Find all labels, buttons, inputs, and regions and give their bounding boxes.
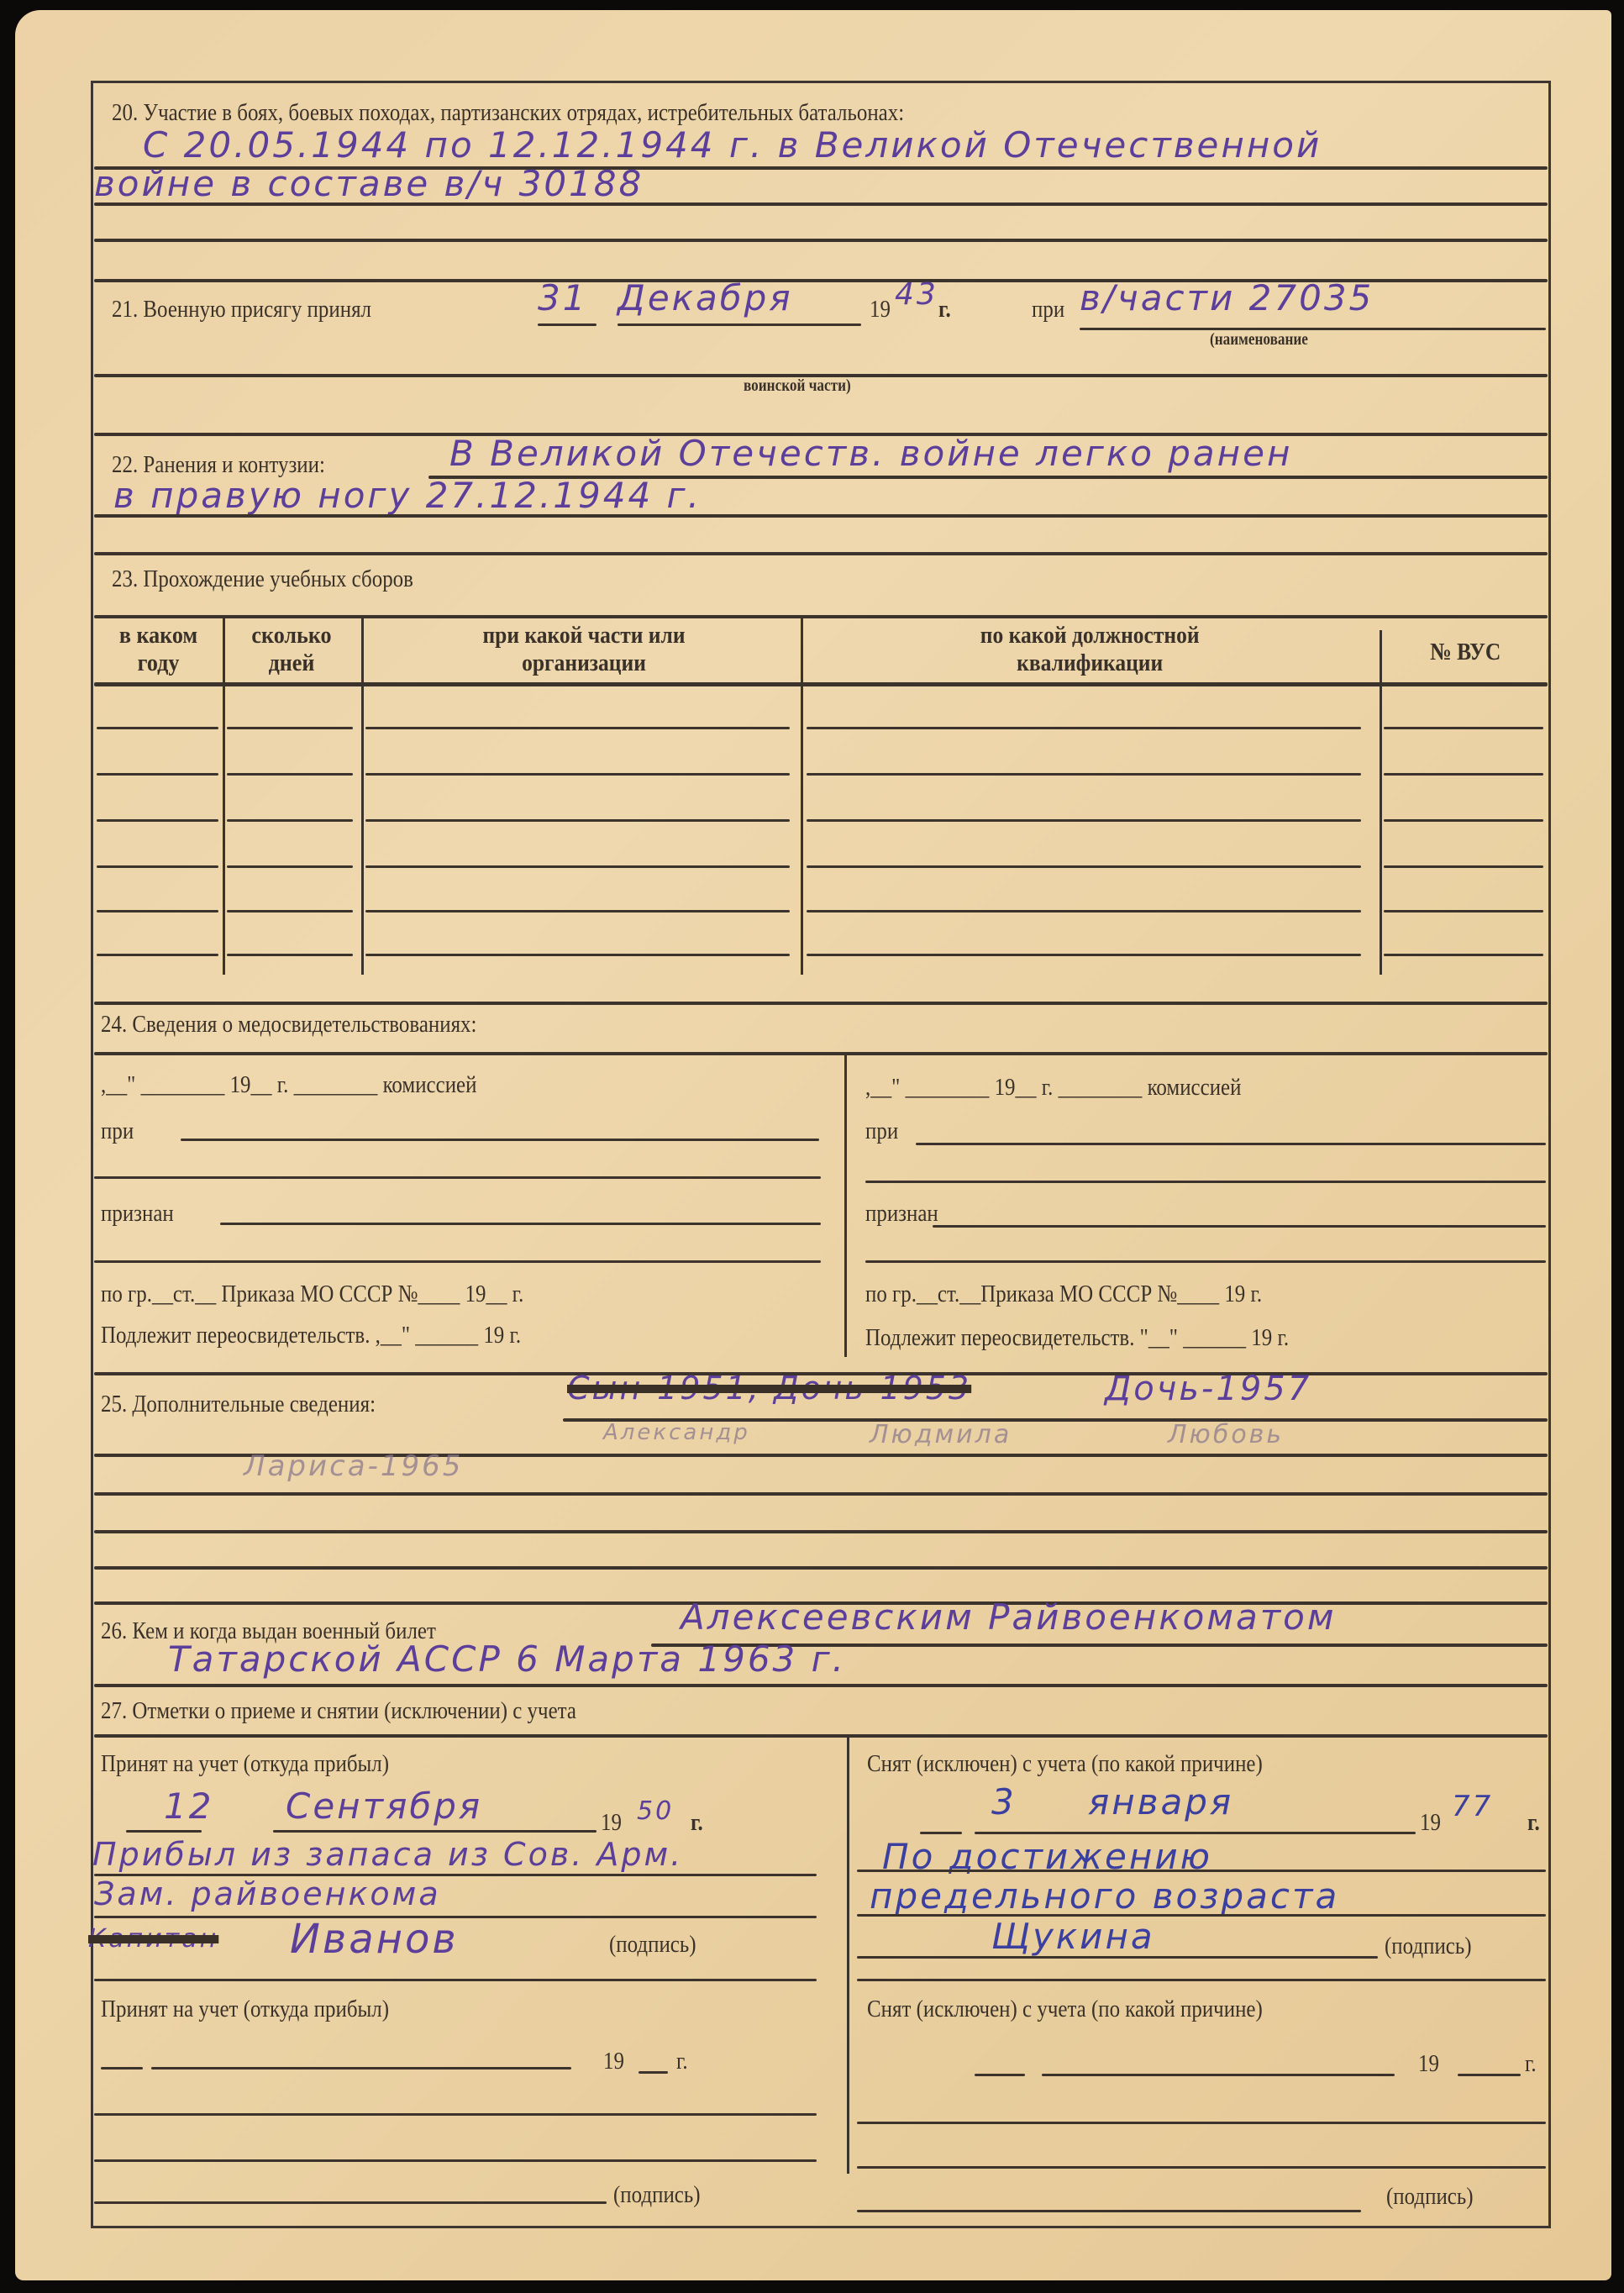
accepted-1-g: г. bbox=[691, 1809, 703, 1837]
section-25-name-3: Любовь bbox=[1168, 1420, 1284, 1449]
accepted-1-month: Сентября bbox=[286, 1785, 482, 1827]
rule bbox=[94, 1176, 821, 1179]
accepted-1-day: 12 bbox=[164, 1785, 213, 1827]
rule bbox=[94, 1979, 817, 1981]
rule bbox=[639, 2071, 668, 2074]
rule bbox=[975, 1832, 1416, 1834]
col-header-unit: при какой части или организации bbox=[362, 622, 806, 677]
col-header-year: в каком году bbox=[94, 622, 223, 677]
rule bbox=[857, 1956, 1378, 1959]
accepted-2-signature-label: (подпись) bbox=[613, 2181, 701, 2209]
rule bbox=[181, 1139, 819, 1141]
rule bbox=[1080, 328, 1546, 330]
oath-day: 31 bbox=[538, 277, 587, 318]
med-right-pri: при bbox=[865, 1118, 898, 1145]
section-20-label: 20. Участие в боях, боевых походах, парт… bbox=[112, 99, 904, 127]
rule bbox=[857, 1870, 1546, 1872]
rule bbox=[916, 1143, 1546, 1145]
rule bbox=[273, 1830, 597, 1833]
section-23-label: 23. Прохождение учебных сборов bbox=[112, 565, 413, 593]
rule bbox=[857, 2166, 1546, 2169]
removed-label-1: Снят (исключен) с учета (по какой причин… bbox=[867, 1750, 1263, 1778]
table-header-rule bbox=[94, 682, 1548, 686]
rule bbox=[920, 1832, 962, 1834]
table-top-rule bbox=[94, 615, 1548, 618]
section-25-label: 25. Дополнительные сведения: bbox=[101, 1391, 376, 1418]
rule bbox=[151, 2067, 571, 2069]
col-header-qualification: по какой должностной квалификации bbox=[801, 622, 1378, 677]
med-left-order: по гр.__ст.__ Приказа МО СССР №____ 19__… bbox=[101, 1281, 523, 1308]
accepted-label-1: Принят на учет (откуда прибыл) bbox=[101, 1750, 389, 1778]
rule bbox=[94, 202, 1548, 206]
removed-1-month: января bbox=[1088, 1781, 1233, 1822]
rule bbox=[1042, 2074, 1395, 2076]
removed-1-day: 3 bbox=[991, 1781, 1017, 1822]
rule bbox=[538, 323, 597, 326]
caption-military-unit: воинской части) bbox=[744, 376, 851, 396]
med-left-date: ,__" ________ 19__ г. ________ комиссией bbox=[101, 1071, 476, 1099]
rule bbox=[857, 1979, 1546, 1981]
accepted-1-signature: Иванов bbox=[290, 1916, 459, 1963]
rule bbox=[94, 514, 1548, 518]
removed-2-g: г. bbox=[1525, 2050, 1537, 2078]
med-right-recheck: Подлежит переосвидетельств. "__" ______ … bbox=[865, 1324, 1289, 1352]
oath-at-label: при bbox=[1032, 296, 1064, 323]
rule bbox=[94, 2113, 817, 2116]
oath-unit: в/части 27035 bbox=[1080, 277, 1374, 318]
rule bbox=[857, 2122, 1546, 2124]
rule bbox=[94, 1684, 1548, 1687]
section-25-entry-line1: Дочь-1957 bbox=[1105, 1370, 1311, 1408]
caption-unit-name: (наименование bbox=[1210, 330, 1308, 350]
removed-label-2: Снят (исключен) с учета (по какой причин… bbox=[867, 1996, 1263, 2023]
col-divider bbox=[847, 1737, 849, 2174]
removed-2-year-prefix: 19 bbox=[1418, 2050, 1439, 2078]
accepted-2-g: г. bbox=[676, 2048, 688, 2075]
rule bbox=[94, 2201, 607, 2204]
accepted-1-line2: Зам. райвоенкома bbox=[94, 1875, 441, 1912]
col-header-vus: № ВУС bbox=[1380, 639, 1550, 666]
section-25-name-2: Людмила bbox=[870, 1420, 1012, 1449]
rule bbox=[618, 323, 861, 326]
rule bbox=[94, 239, 1548, 242]
col-header-days: сколько дней bbox=[223, 622, 360, 677]
rule bbox=[975, 2074, 1025, 2076]
rule bbox=[933, 1225, 1546, 1228]
section-26-entry-line2: Татарской АССР 6 Марта 1963 г. bbox=[168, 1638, 846, 1680]
section-22-entry-line1: В Великой Отечеств. войне легко ранен bbox=[449, 433, 1292, 474]
removed-1-signature-label: (подпись) bbox=[1385, 1933, 1472, 1960]
med-right-priznan: признан bbox=[865, 1200, 938, 1228]
rule bbox=[94, 2159, 817, 2162]
rule bbox=[94, 1566, 1548, 1570]
accepted-1-year-suffix: 50 bbox=[637, 1796, 674, 1826]
accepted-label-2: Принят на учет (откуда прибыл) bbox=[101, 1996, 389, 2023]
section-20-entry-line1: С 20.05.1944 по 12.12.1944 г. в Великой … bbox=[143, 124, 1322, 166]
section-26-entry-line1: Алексеевским Райвоенкоматом bbox=[681, 1596, 1337, 1638]
section-25-struck-entry: Сын-1951, Дочь-1953 bbox=[567, 1370, 971, 1407]
removed-2-signature-label: (подпись) bbox=[1386, 2183, 1474, 2211]
removed-1-g: г. bbox=[1527, 1809, 1540, 1837]
med-left-recheck: Подлежит переосвидетельств. ,__" ______ … bbox=[101, 1322, 521, 1349]
section-25-name-1: Александр bbox=[603, 1420, 750, 1445]
section-27-label: 27. Отметки о приеме и снятии (исключени… bbox=[101, 1697, 576, 1725]
rule bbox=[94, 1260, 821, 1263]
oath-year-prefix: 19 bbox=[870, 296, 891, 323]
med-right-order: по гр.__ст.__Приказа МО СССР №____ 19 г. bbox=[865, 1281, 1262, 1308]
section-21-label: 21. Военную присягу принял bbox=[112, 296, 371, 323]
table-rows bbox=[94, 727, 1548, 979]
med-right-date: ,__" ________ 19__ г. ________ комиссией bbox=[865, 1074, 1241, 1102]
rule bbox=[220, 1223, 821, 1225]
rule bbox=[865, 1260, 1546, 1263]
rule bbox=[857, 1914, 1546, 1917]
rule bbox=[865, 1181, 1546, 1183]
rule bbox=[101, 2067, 143, 2069]
removed-1-signature: Щукина bbox=[991, 1916, 1155, 1957]
rule bbox=[94, 1002, 1548, 1005]
section-22-entry-line2: в правую ногу 27.12.1944 г. bbox=[113, 475, 702, 516]
rule bbox=[126, 1830, 202, 1833]
removed-1-line2: предельного возраста bbox=[870, 1875, 1339, 1917]
section-25-entry-line2: Лариса-1965 bbox=[244, 1449, 463, 1483]
accepted-2-year-prefix: 19 bbox=[603, 2048, 624, 2075]
rule bbox=[1458, 2074, 1521, 2076]
accepted-1-line1: Прибыл из запаса из Сов. Арм. bbox=[92, 1836, 683, 1873]
accepted-1-rank: Капитан bbox=[88, 1924, 218, 1954]
med-left-priznan: признан bbox=[101, 1200, 174, 1228]
accepted-1-signature-label: (подпись) bbox=[609, 1931, 696, 1959]
removed-1-year-suffix: 77 bbox=[1452, 1790, 1493, 1823]
removed-1-year-prefix: 19 bbox=[1420, 1809, 1441, 1837]
rule bbox=[857, 2210, 1361, 2212]
oath-year-suffix: 43 bbox=[895, 277, 938, 312]
rule bbox=[94, 1052, 1548, 1055]
oath-year-g: г. bbox=[938, 296, 951, 323]
rule bbox=[94, 1530, 1548, 1533]
section-24-label: 24. Сведения о медосвидетельствованиях: bbox=[101, 1011, 476, 1039]
col-divider bbox=[844, 1054, 847, 1357]
rule bbox=[94, 552, 1548, 555]
section-20-entry-line2: войне в составе в/ч 30188 bbox=[94, 163, 644, 204]
oath-month: Декабря bbox=[618, 277, 793, 318]
rule bbox=[94, 1492, 1548, 1496]
accepted-1-year-prefix: 19 bbox=[601, 1809, 622, 1837]
med-left-pri: при bbox=[101, 1118, 134, 1145]
rule bbox=[94, 1734, 1548, 1738]
